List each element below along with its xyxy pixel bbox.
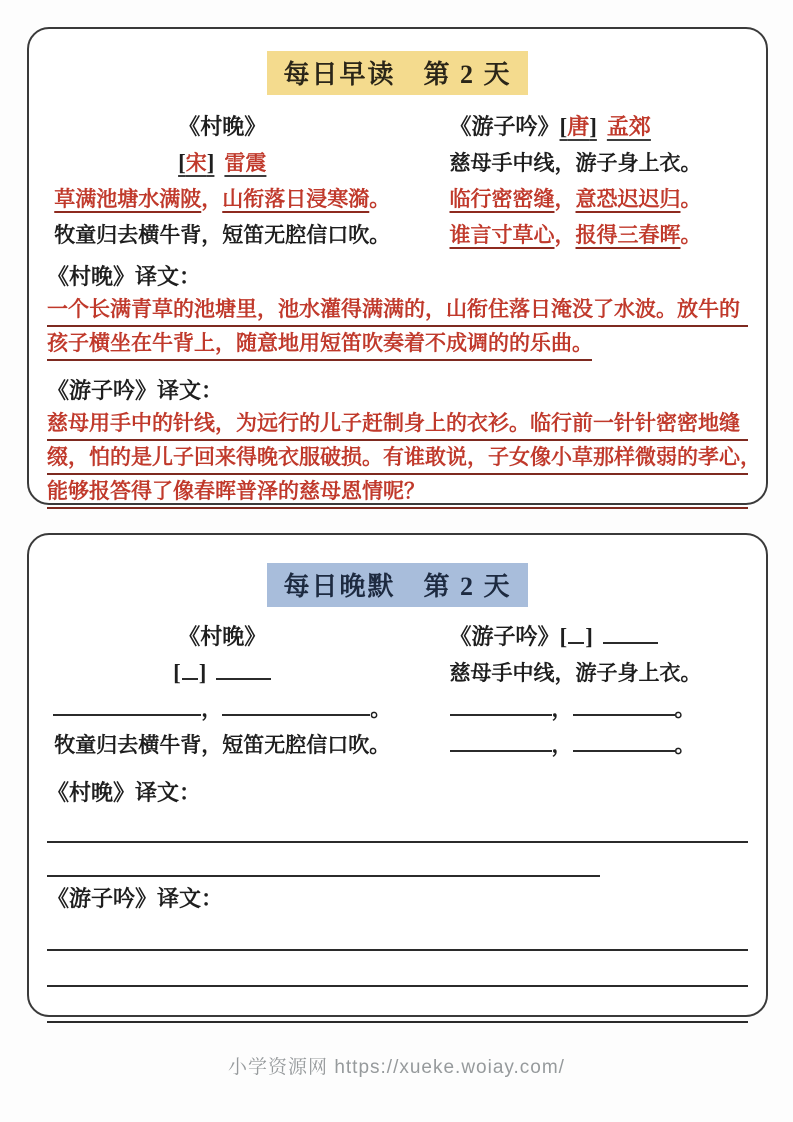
youziyin-verse-2b: 意恐迟迟归: [576, 187, 681, 211]
evening-badge: 每日晚默 第 2 天: [267, 563, 527, 607]
evening-youziyin-verse-1: 慈母手中线，游子身上衣。: [398, 655, 749, 691]
comma: ，: [555, 223, 576, 247]
evening-youziyin-verse-3-blank-row: ，。: [398, 727, 749, 763]
evening-cunwan-verse-1-blank-row: ，。: [47, 691, 398, 727]
cunwan-translation-line-2: 孩子横坐在牛背上，随意地用短笛吹奏着不成调的的乐曲。: [47, 327, 592, 361]
evening-cunwan-title: 《村晚》: [47, 619, 398, 655]
youziyin-translation-line-3: 能够报答得了像春晖普泽的慈母恩情呢？: [47, 475, 748, 509]
worksheet-page: 每日早读 第 2 天 《村晚》 [宋]雷震 草满池塘水满陂，山衔落日浸寒漪。 牧…: [0, 0, 793, 1122]
youziyin-verse-3b: 报得三春晖: [576, 223, 681, 247]
cunwan-verse-2: 牧童归去横牛背，短笛无腔信口吹。: [47, 217, 398, 253]
morning-badge: 每日早读 第 2 天: [267, 51, 527, 95]
morning-reading-card: 每日早读 第 2 天 《村晚》 [宋]雷震 草满池塘水满陂，山衔落日浸寒漪。 牧…: [27, 27, 768, 505]
bracket-close: ]: [585, 624, 593, 649]
translation-answer-line: [47, 809, 748, 843]
period: 。: [370, 697, 391, 721]
bracket-open: [: [173, 660, 181, 685]
youziyin-verse-2: 临行密密缝，意恐迟迟归。: [398, 181, 749, 217]
youziyin-verse-3: 谁言寸草心，报得三春晖。: [398, 217, 749, 253]
period: 。: [369, 187, 390, 211]
translation-answer-line: [47, 843, 600, 877]
poem-youziyin-column: 《游子吟》[唐]孟郊 慈母手中线，游子身上衣。 临行密密缝，意恐迟迟归。 谁言寸…: [398, 109, 749, 253]
cunwan-translation-label: 《村晚》译文：: [47, 261, 748, 293]
period: 。: [675, 697, 696, 721]
bracket-close: ]: [589, 114, 597, 139]
bracket-open: [: [178, 150, 186, 175]
verse-answer-blank: [222, 694, 370, 716]
verse-answer-blank: [450, 730, 552, 752]
cunwan-verse-1: 草满池塘水满陂，山衔落日浸寒漪。: [47, 181, 398, 217]
site-watermark: 小学资源网 https://xueke.woiay.com/: [0, 1052, 793, 1079]
youziyin-translation-label: 《游子吟》译文：: [47, 375, 748, 407]
comma: ，: [552, 733, 573, 757]
author-answer-blank: [216, 658, 271, 680]
verse-answer-blank: [53, 694, 201, 716]
verse-answer-blank: [573, 694, 675, 716]
bracket-open: [: [560, 624, 568, 649]
youziyin-title: 《游子吟》: [450, 114, 560, 139]
youziyin-translation-line-1: 慈母用手中的针线，为远行的儿子赶制身上的衣衫。临行前一针针密密地缝: [47, 407, 748, 441]
translation-answer-line: [47, 987, 748, 1023]
youziyin-title-row: 《游子吟》[唐]孟郊: [398, 109, 749, 145]
verse-answer-blank: [450, 694, 552, 716]
youziyin-dynasty: 唐: [567, 114, 589, 139]
morning-poem-grid: 《村晚》 [宋]雷震 草满池塘水满陂，山衔落日浸寒漪。 牧童归去横牛背，短笛无腔…: [29, 109, 766, 253]
cunwan-translation-line-1: 一个长满青草的池塘里，池水灌得满满的，山衔住落日淹没了水波。放牛的: [47, 293, 748, 327]
evening-cunwan-column: 《村晚》 [] ，。 牧童归去横牛背，短笛无腔信口吹。: [47, 619, 398, 763]
cunwan-dynasty-group: [宋]: [178, 151, 214, 175]
comma: ，: [201, 187, 222, 211]
cunwan-author-row: [宋]雷震: [47, 145, 398, 181]
translation-answer-line: [47, 915, 748, 951]
evening-dictation-card: 每日晚默 第 2 天 《村晚》 [] ，。 牧童归去横牛背，短笛无腔信口吹。 《…: [27, 533, 768, 1017]
comma: ，: [552, 697, 573, 721]
cunwan-verse-1b: 山衔落日浸寒漪: [222, 187, 369, 211]
comma: ，: [201, 697, 222, 721]
evening-cunwan-author-blank-row: []: [47, 655, 398, 691]
youziyin-verse-1: 慈母手中线，游子身上衣。: [398, 145, 749, 181]
youziyin-dynasty-group: [唐]: [560, 114, 597, 139]
evening-youziyin-title: 《游子吟》: [450, 624, 560, 649]
bracket-close: ]: [199, 660, 207, 685]
cunwan-title: 《村晚》: [47, 109, 398, 145]
period: 。: [681, 223, 702, 247]
cunwan-author-name: 雷震: [224, 151, 266, 175]
verse-answer-blank: [573, 730, 675, 752]
evening-cunwan-translation-label: 《村晚》译文：: [47, 777, 748, 809]
evening-youziyin-translation-label: 《游子吟》译文：: [47, 883, 748, 915]
evening-cunwan-verse-2: 牧童归去横牛背，短笛无腔信口吹。: [47, 727, 398, 763]
bracket-close: ]: [207, 150, 215, 175]
comma: ，: [555, 187, 576, 211]
youziyin-translation-line-2: 缀，怕的是儿子回来得晚衣服破损。有谁敢说，子女像小草那样微弱的孝心，: [47, 441, 748, 475]
youziyin-verse-3a: 谁言寸草心: [450, 223, 555, 247]
youziyin-verse-2a: 临行密密缝: [450, 187, 555, 211]
evening-youziyin-verse-2-blank-row: ，。: [398, 691, 749, 727]
poem-cunwan-column: 《村晚》 [宋]雷震 草满池塘水满陂，山衔落日浸寒漪。 牧童归去横牛背，短笛无腔…: [47, 109, 398, 253]
period: 。: [681, 187, 702, 211]
cunwan-dynasty: 宋: [186, 151, 207, 175]
evening-youziyin-title-row: 《游子吟》[]: [398, 619, 749, 655]
dynasty-answer-blank: [568, 628, 584, 644]
evening-youziyin-column: 《游子吟》[] 慈母手中线，游子身上衣。 ，。 ，。: [398, 619, 749, 763]
youziyin-author-name: 孟郊: [607, 114, 651, 139]
period: 。: [675, 733, 696, 757]
cunwan-verse-1a: 草满池塘水满陂: [54, 187, 201, 211]
evening-poem-grid: 《村晚》 [] ，。 牧童归去横牛背，短笛无腔信口吹。 《游子吟》[] 慈母手中…: [29, 619, 766, 763]
dynasty-answer-blank: [182, 664, 198, 680]
translation-answer-line: [47, 951, 748, 987]
author-answer-blank: [603, 622, 658, 644]
